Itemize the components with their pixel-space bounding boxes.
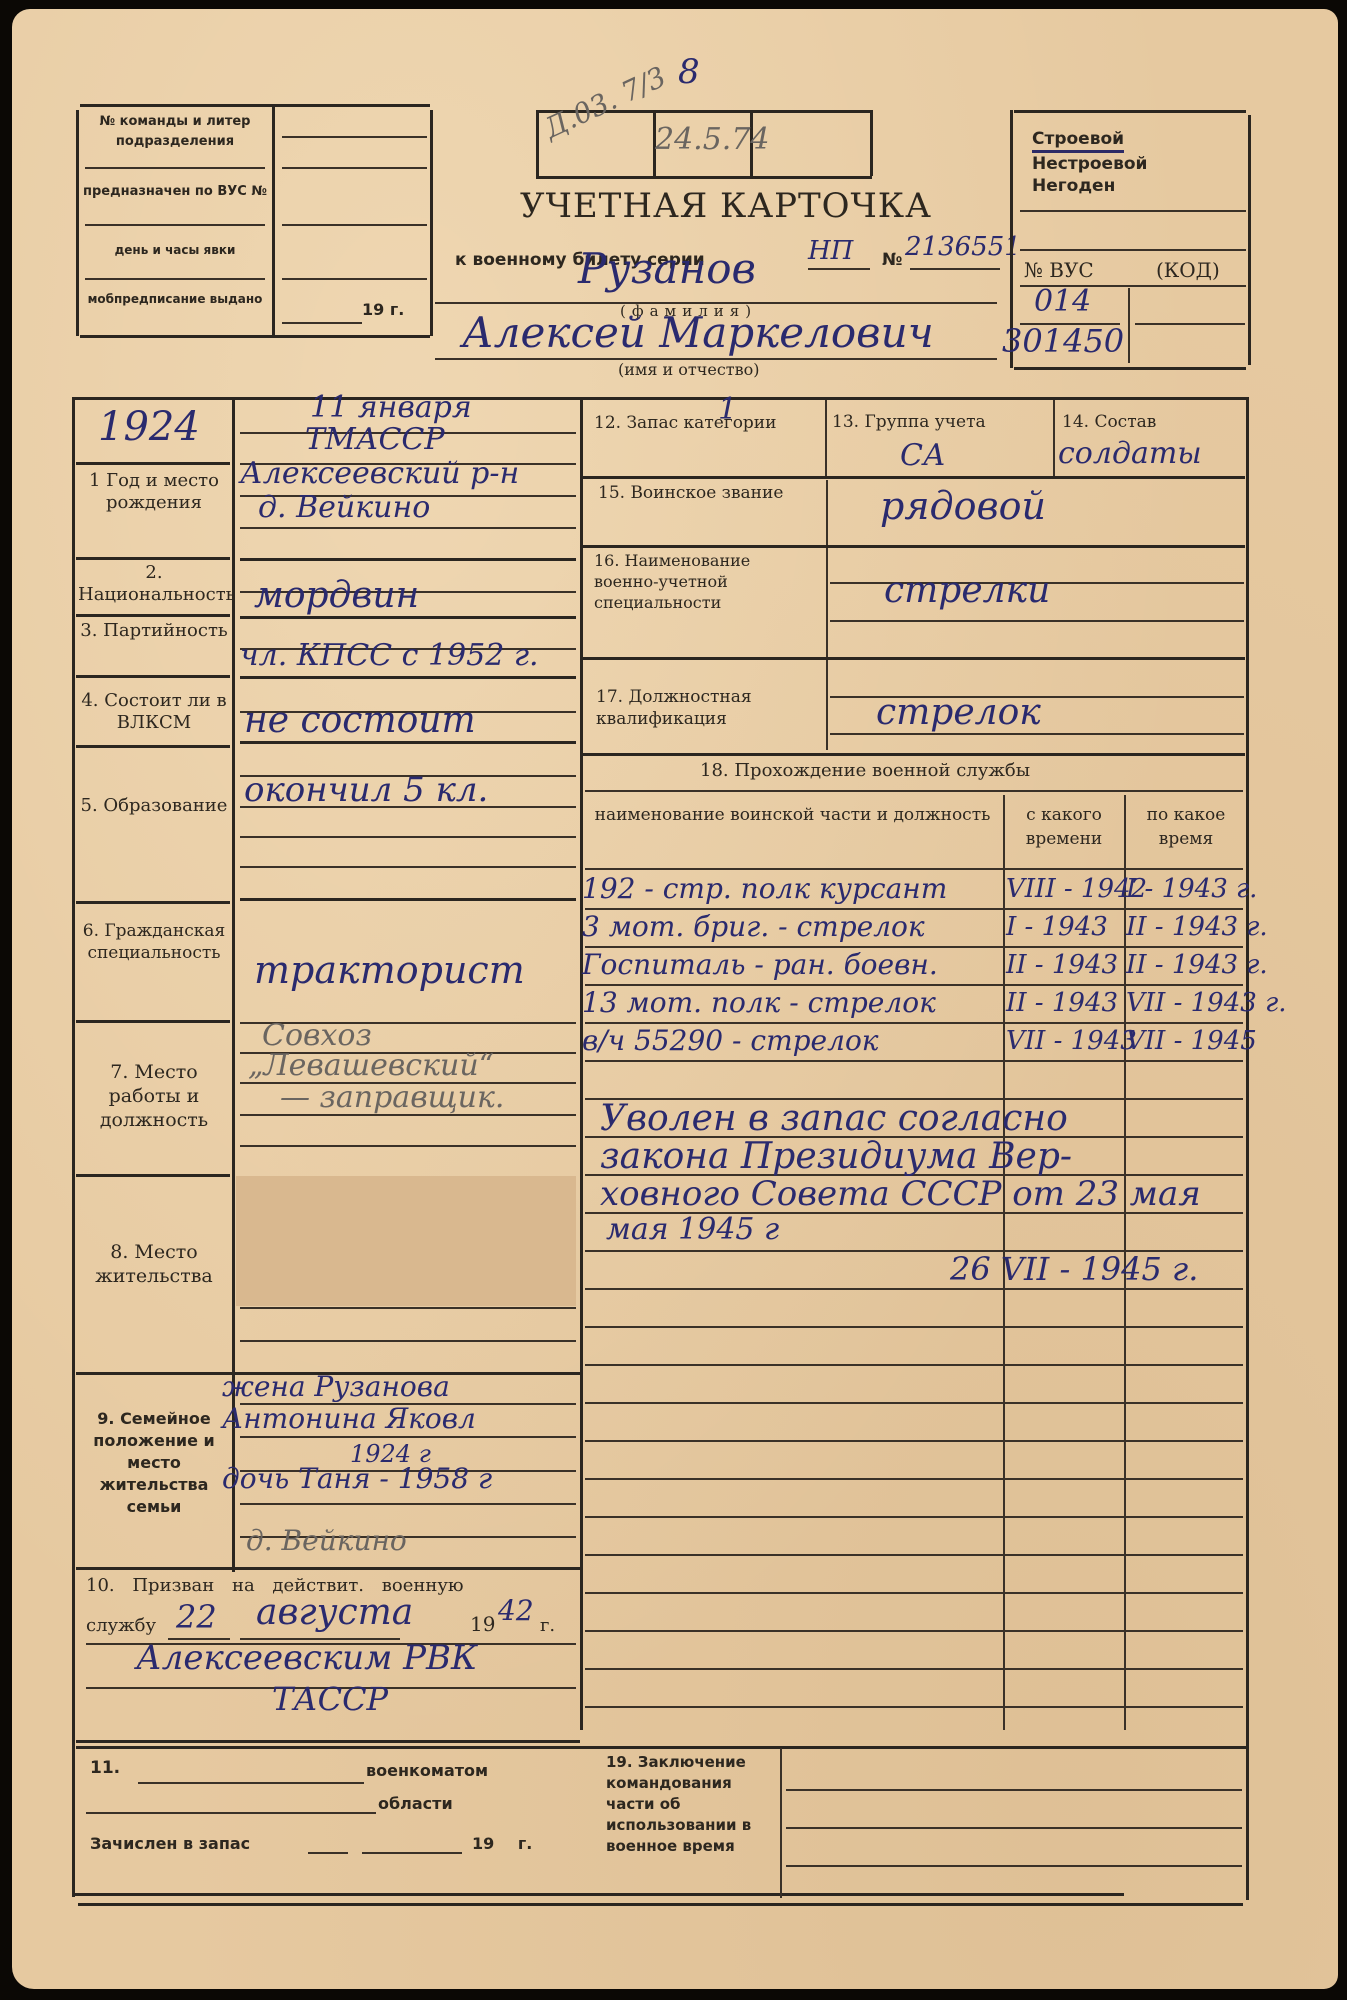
label-rank: 15. Воинское звание — [598, 482, 818, 504]
label-party: 3. Партийность — [78, 620, 230, 642]
residence-redacted — [236, 1176, 576, 1306]
reserve-year-suffix: 19 г. — [472, 1834, 532, 1853]
label-assigned-vus: предназначен по ВУС № — [80, 182, 270, 202]
discharge-note-line-2: закона Президиума Вер- — [600, 1136, 1072, 1177]
birth-village-value: д. Вейкино — [258, 490, 430, 525]
label-service: службу — [86, 1615, 156, 1636]
birth-republic-value: ТМАССР — [305, 422, 445, 457]
military-specialty-value: стрелки — [884, 570, 1050, 611]
discharge-note-line-4: мая 1945 г — [606, 1212, 779, 1247]
label-family: 9. Семейное положение и место жительства… — [76, 1408, 232, 1518]
workplace-line-2: „Левашевский“ — [248, 1048, 494, 1083]
rank-value: рядовой — [880, 484, 1046, 528]
party-value: чл. КПСС с 1952 г. — [240, 638, 539, 673]
fitness-option-unfit: Негоден — [1032, 175, 1147, 197]
region-label: области — [378, 1794, 453, 1813]
family-line-1: жена Рузанова — [222, 1370, 450, 1403]
birth-date-value: 11 января — [310, 390, 472, 425]
col-header-to: по какое время — [1128, 803, 1244, 851]
mob-order-year-suffix: 19 г. — [362, 300, 404, 319]
name-patronymic-value: Алексей Маркелович — [462, 308, 934, 357]
label-service-history: 18. Прохождение военной службы — [700, 760, 1030, 781]
conscription-year: 42 — [498, 1594, 534, 1627]
nationality-value: мордвин — [254, 575, 419, 616]
service-unit: в/ч 55290 - стрелок — [582, 1024, 879, 1057]
label-mob-order: мобпредписание выдано — [80, 290, 270, 309]
label-military-specialty: 16. Наименование военно-учетной специаль… — [594, 550, 814, 613]
label-registration-group: 13. Группа учета — [832, 412, 986, 432]
civil-specialty-value: тракторист — [254, 948, 525, 992]
page-title: УЧЕТНАЯ КАРТОЧКА — [520, 186, 932, 226]
archive-stamp-middle: 24.5.74 — [655, 122, 770, 157]
ticket-number: 2136551 — [905, 232, 1021, 262]
service-unit: 13 мот. полк - стрелок — [582, 986, 936, 1019]
composition-value: солдаты — [1058, 436, 1202, 471]
service-to: VII - 1945 — [1126, 1026, 1257, 1056]
birth-year-value: 1924 — [98, 404, 200, 450]
label-nationality: 2. Национальность — [78, 562, 230, 606]
reserve-label: Зачислен в запас — [90, 1834, 250, 1853]
discharge-note-line-3: ховного Совета СССР от 23 мая — [600, 1174, 1201, 1214]
label-civil-specialty: 6. Гражданская специальность — [78, 920, 230, 964]
surname-value: Рузанов — [578, 244, 756, 293]
service-from: VII - 1943 — [1006, 1026, 1137, 1056]
name-label: (имя и отчество) — [618, 360, 760, 379]
col-header-unit: наименование воинской части и должность — [590, 803, 995, 827]
label-workplace: 7. Место работы и должность — [78, 1060, 230, 1132]
label-komsomol: 4. Состоит ли в ВЛКСМ — [78, 690, 230, 734]
label-birth: 1 Год и место рождения — [78, 470, 230, 514]
vus-code-label: (КОД) — [1156, 258, 1220, 282]
fitness-option-combat: Строевой — [1032, 128, 1124, 153]
registration-group-value: СА — [900, 438, 946, 473]
label-reserve-category: 12. Запас категории — [594, 412, 814, 434]
label-report-time: день и часы явки — [80, 243, 270, 257]
page-number: 8 — [678, 52, 700, 92]
ticket-series: НП — [808, 236, 853, 266]
conscription-office-1: Алексеевским РВК — [136, 1638, 477, 1678]
family-line-2: Антонина Яковл — [222, 1402, 476, 1435]
family-line-4: дочь Таня - 1958 г — [222, 1462, 492, 1495]
col-header-from: с какого времени — [1006, 803, 1122, 851]
education-value: окончил 5 кл. — [244, 770, 488, 810]
conscription-year-suffix: г. — [540, 1615, 555, 1636]
discharge-note-line-1: Уволен в запас согласно — [600, 1098, 1068, 1139]
label-qualification: 17. Должностная квалификация — [596, 686, 816, 730]
service-from: I - 1943 — [1006, 912, 1108, 942]
birth-district-value: Алексеевский р-н — [240, 456, 519, 491]
service-to: VII - 1943 г. — [1126, 988, 1286, 1018]
discharge-date: 26 VII - 1945 г. — [950, 1250, 1198, 1288]
service-unit: 3 мот. бриг. - стрелок — [582, 910, 925, 943]
vus-number: 014 — [1034, 284, 1091, 319]
qualification-value: стрелок — [876, 692, 1041, 733]
label-composition: 14. Состав — [1062, 412, 1156, 432]
family-residence: д. Вейкино — [246, 1524, 407, 1557]
conscription-year-prefix: 19 — [470, 1612, 495, 1636]
vus-label: № ВУС — [1024, 258, 1094, 282]
reserve-category-value: 1 — [718, 392, 737, 427]
service-to: II - 1943 г. — [1126, 950, 1268, 980]
ticket-number-label: № — [882, 250, 902, 270]
conscription-day: 22 — [176, 1598, 217, 1636]
fitness-option-noncombat: Нестроевой — [1032, 153, 1147, 175]
service-unit: 192 - стр. полк курсант — [582, 872, 947, 905]
service-to: I - 1943 г. — [1126, 874, 1257, 904]
fitness-options: Строевой Нестроевой Негоден — [1032, 128, 1147, 197]
label-team-number: № команды и литер подразделения — [80, 112, 270, 152]
f11-number: 11. — [90, 1758, 120, 1778]
label-residence: 8. Место жительства — [78, 1240, 230, 1288]
military-office-label: военкоматом — [366, 1761, 488, 1780]
komsomol-value: не состоит — [244, 700, 476, 741]
service-from: II - 1943 — [1006, 950, 1118, 980]
service-to: II - 1943 г. — [1126, 912, 1268, 942]
service-from: II - 1943 — [1006, 988, 1118, 1018]
conscription-month: августа — [256, 1592, 413, 1633]
label-education: 5. Образование — [78, 795, 230, 817]
vus-code: 301450 — [1002, 322, 1124, 360]
conscription-office-2: ТАССР — [272, 1680, 388, 1718]
workplace-line-3: — заправщик. — [280, 1080, 504, 1115]
label-command-conclusion: 19. Заключение командования части об исп… — [606, 1752, 776, 1857]
service-unit: Госпиталь - ран. боевн. — [582, 948, 938, 981]
